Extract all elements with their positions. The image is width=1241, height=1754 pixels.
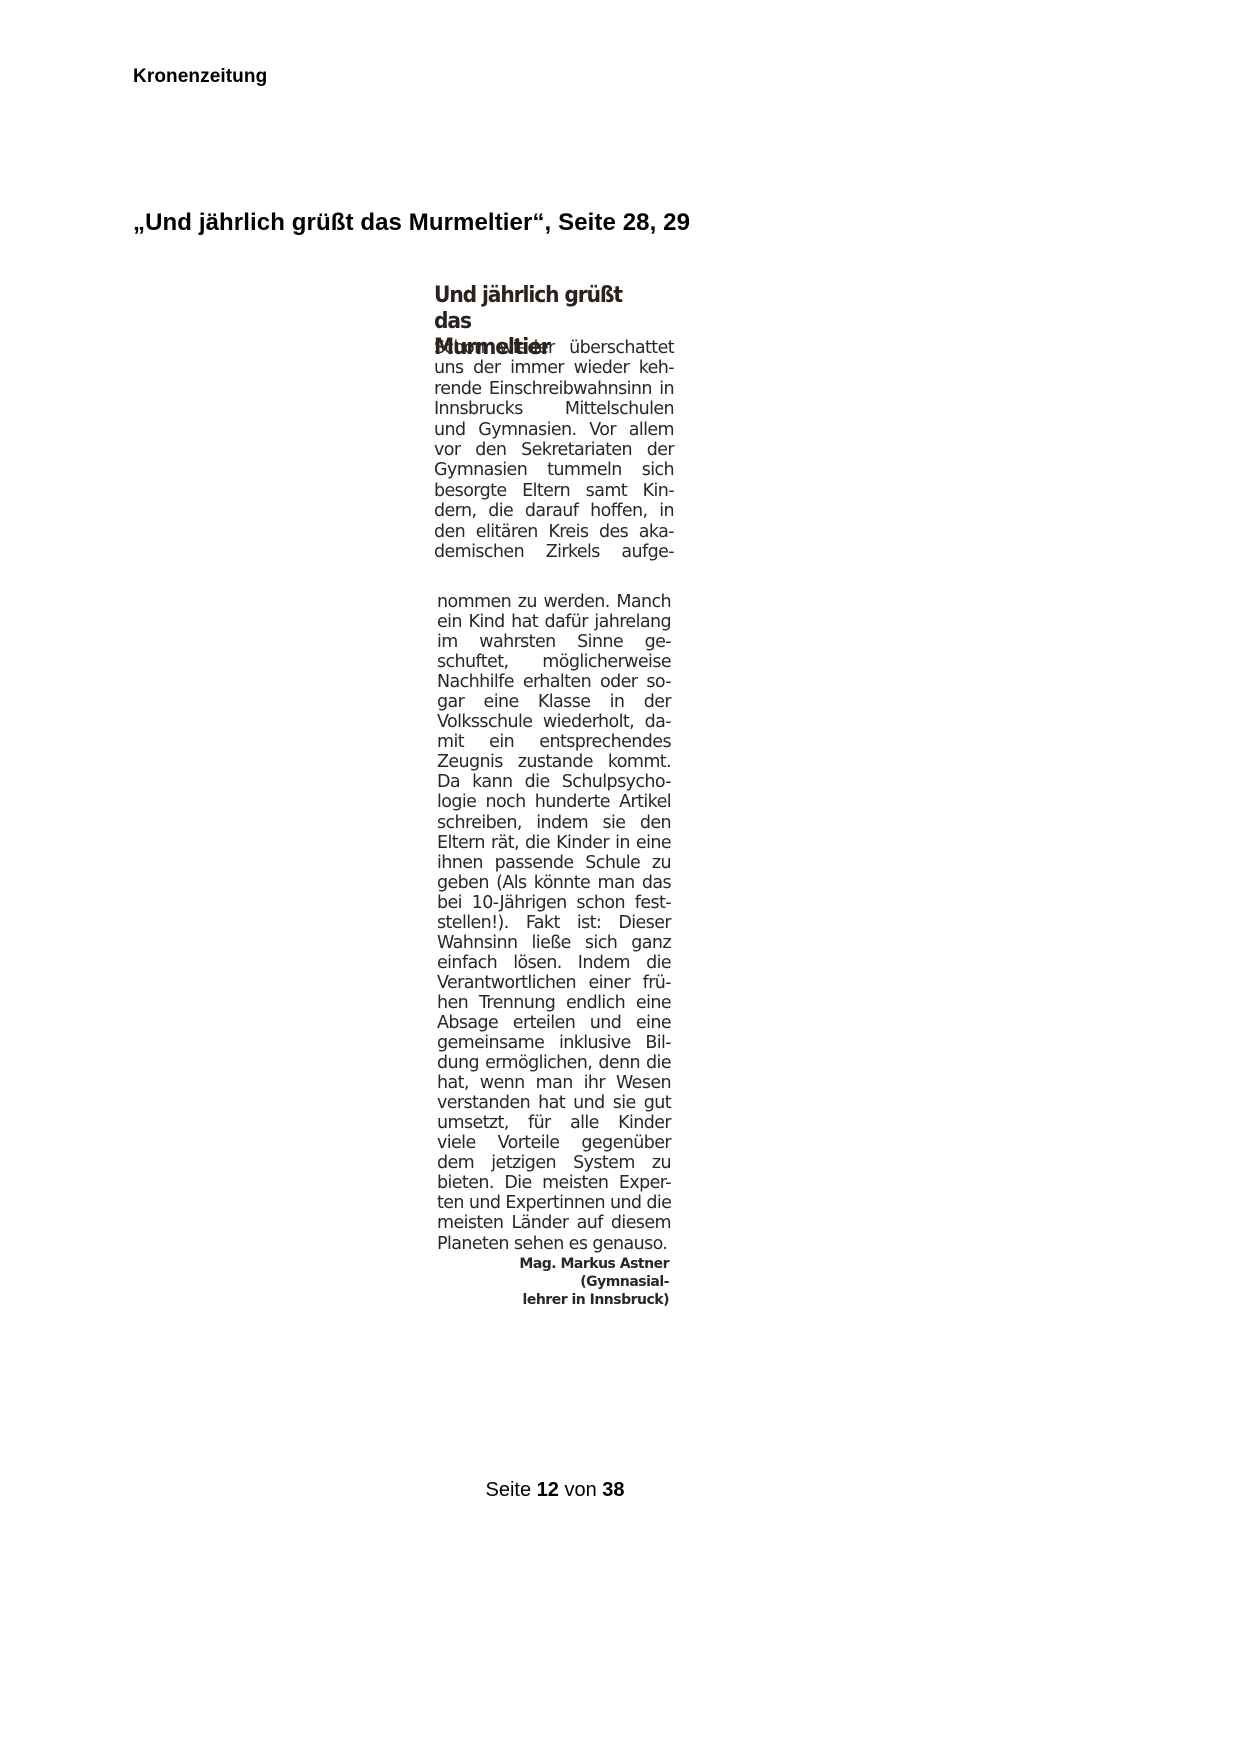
text-line: Volksschule wiederholt, da- — [437, 712, 671, 732]
clipping-column-2: nommen zu werden. Manch ein Kind hat daf… — [437, 592, 671, 1254]
page-number-footer: Seite 12 von 38 — [0, 1479, 1110, 1502]
text-line: ein Kind hat dafür jahrelang — [437, 612, 671, 632]
text-line: Nachhilfe erhalten oder so- — [437, 672, 671, 692]
text-line: uns der immer wieder keh- — [434, 358, 674, 378]
text-line: im wahrsten Sinne ge- — [437, 632, 671, 652]
newspaper-source: Kronenzeitung — [133, 66, 267, 88]
text-line: Verantwortlichen einer frü- — [437, 973, 671, 993]
text-line: Da kann die Schulpsycho- — [437, 772, 671, 792]
clipping-column-1: Schon wieder überschattet uns der immer … — [434, 338, 674, 562]
text-line: umsetzt, für alle Kinder — [437, 1113, 671, 1133]
text-line: rende Einschreibwahnsinn in — [434, 379, 674, 399]
text-line: schreiben, indem sie den — [437, 813, 671, 833]
text-line: verstanden hat und sie gut — [437, 1093, 671, 1113]
signature-line: Mag. Markus Astner (Gymnasial- — [437, 1255, 669, 1291]
author-signature: Mag. Markus Astner (Gymnasial- lehrer in… — [437, 1255, 669, 1309]
text-line: den elitären Kreis des aka- — [434, 522, 674, 542]
text-line: demischen Zirkels aufge- — [434, 542, 674, 562]
text-line: logie noch hunderte Artikel — [437, 792, 671, 812]
text-line: dung ermöglichen, denn die — [437, 1053, 671, 1073]
footer-separator: von — [564, 1479, 596, 1501]
text-line: einfach lösen. Indem die — [437, 953, 671, 973]
footer-prefix: Seite — [485, 1479, 531, 1501]
text-line: Planeten sehen es genauso. — [437, 1234, 671, 1254]
text-line: bei 10-Jährigen schon fest- — [437, 893, 671, 913]
text-line: vor den Sekretariaten der — [434, 440, 674, 460]
text-line: Absage erteilen und eine — [437, 1013, 671, 1033]
text-line: Wahnsinn ließe sich ganz — [437, 933, 671, 953]
text-line: Zeugnis zustande kommt. — [437, 752, 671, 772]
text-line: nommen zu werden. Manch — [437, 592, 671, 612]
text-line: viele Vorteile gegenüber — [437, 1133, 671, 1153]
text-line: dem jetzigen System zu — [437, 1153, 671, 1173]
text-line: schuftet, möglicherweise — [437, 652, 671, 672]
text-line: Eltern rät, die Kinder in eine — [437, 833, 671, 853]
text-line: mit ein entsprechendes — [437, 732, 671, 752]
text-line: ihnen passende Schule zu — [437, 853, 671, 873]
current-page-number: 12 — [537, 1479, 559, 1501]
total-pages-number: 38 — [602, 1479, 624, 1501]
text-line: Innsbrucks Mittelschulen — [434, 399, 674, 419]
text-line: dern, die darauf hoffen, in — [434, 501, 674, 521]
text-line: gar eine Klasse in der — [437, 692, 671, 712]
text-line: bieten. Die meisten Exper- — [437, 1173, 671, 1193]
text-line: meisten Länder auf diesem — [437, 1213, 671, 1233]
text-line: stellen!). Fakt ist: Dieser — [437, 913, 671, 933]
headline-line: Und jährlich grüßt das — [434, 283, 664, 335]
signature-line: lehrer in Innsbruck) — [437, 1291, 669, 1309]
text-line: Gymnasien tummeln sich — [434, 460, 674, 480]
text-line: hat, wenn man ihr Wesen — [437, 1073, 671, 1093]
text-line: ten und Expertinnen und die — [437, 1193, 671, 1213]
article-reference-title: „Und jährlich grüßt das Murmeltier“, Sei… — [133, 209, 690, 237]
text-line: und Gymnasien. Vor allem — [434, 420, 674, 440]
text-line: geben (Als könnte man das — [437, 873, 671, 893]
text-line: gemeinsame inklusive Bil- — [437, 1033, 671, 1053]
text-line: hen Trennung endlich eine — [437, 993, 671, 1013]
text-line: Schon wieder überschattet — [434, 338, 674, 358]
text-line: besorgte Eltern samt Kin- — [434, 481, 674, 501]
